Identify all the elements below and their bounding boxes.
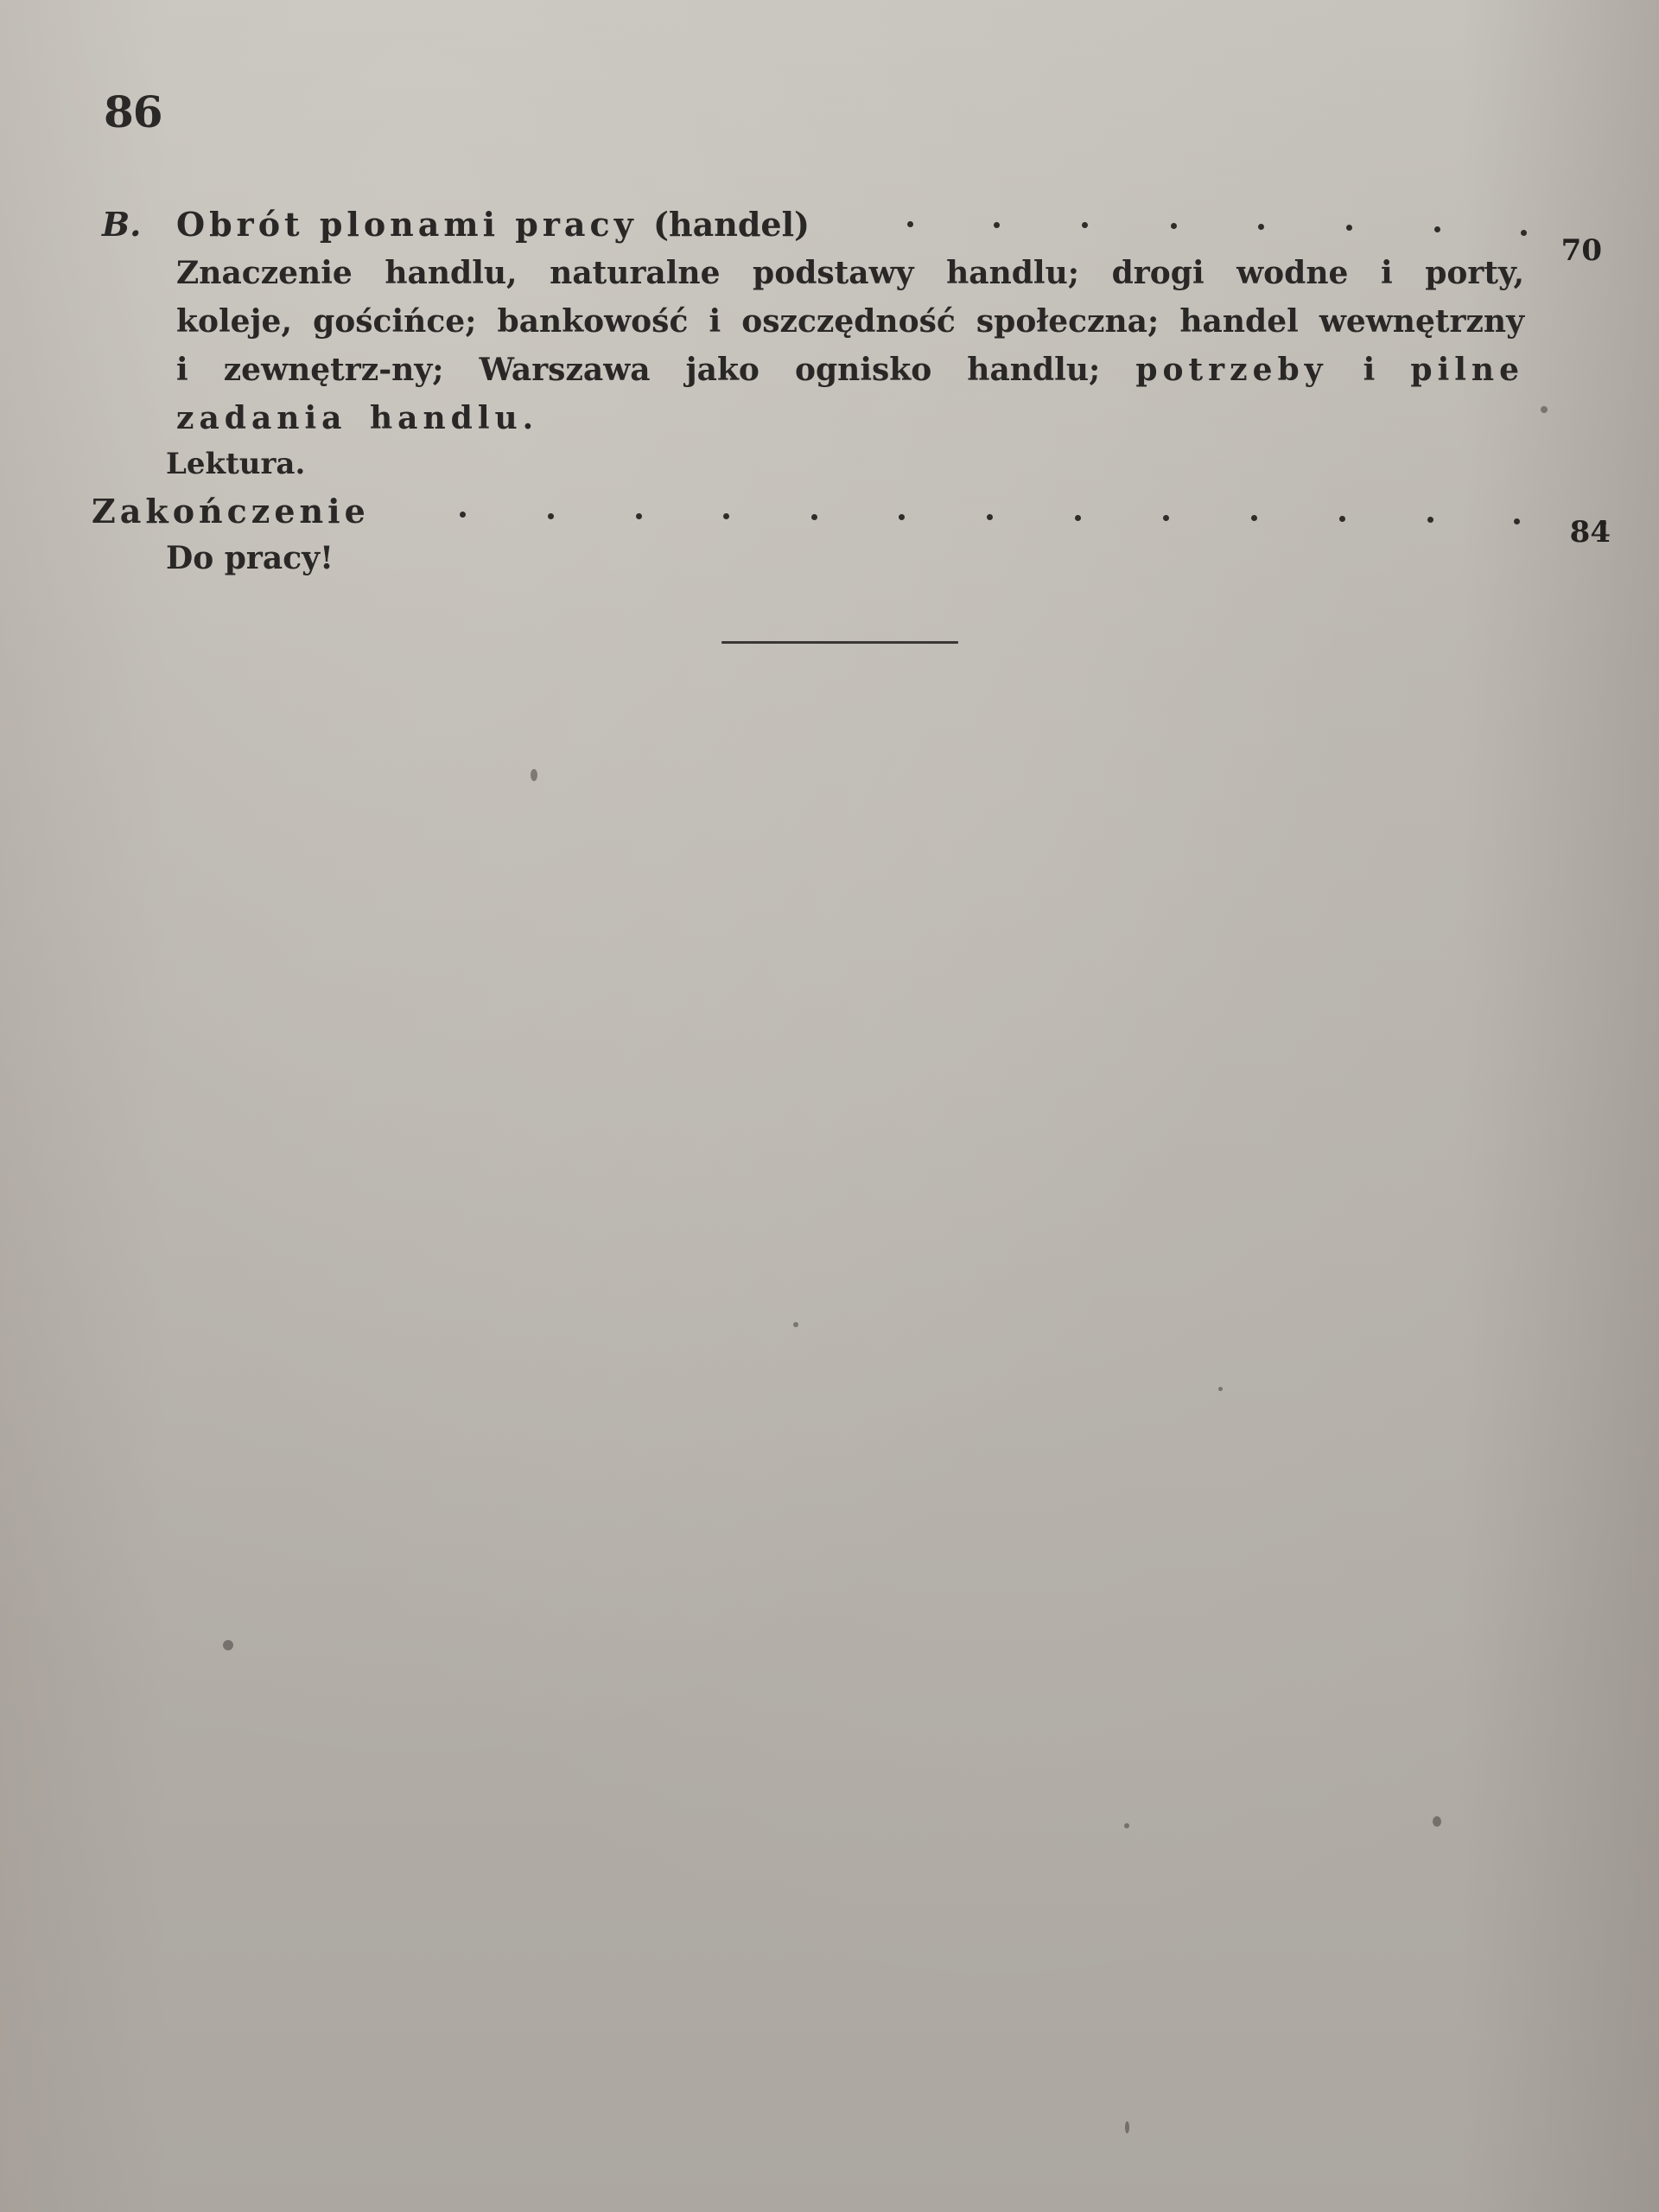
toc-entry-subtitle: Do pracy! <box>166 536 1607 581</box>
paper-speck <box>1433 1816 1441 1827</box>
paper-speck <box>1125 2121 1129 2133</box>
toc-page-ref: 70 <box>1561 226 1602 275</box>
description-emphasis-needs: potrzeby <box>1135 352 1327 388</box>
toc-page-ref: 84 <box>1570 508 1611 556</box>
paper-speck <box>531 769 537 781</box>
section-separator-rule <box>721 641 958 644</box>
paper-speck <box>223 1640 233 1650</box>
toc-entry-description: Znaczenie handlu, naturalne podstawy han… <box>176 249 1524 442</box>
table-of-contents: B. Obrót plonami pracy (handel) 70 Znacz… <box>86 200 1607 581</box>
paper-speck <box>1218 1387 1223 1391</box>
page-number: 86 <box>104 86 162 137</box>
toc-entry-conclusion-heading: Zakończenie 84 <box>86 487 1607 536</box>
toc-entry-title: Obrót plonami pracy (handel) <box>176 200 810 249</box>
paper-speck <box>793 1322 798 1327</box>
toc-entry-b-heading: B. Obrót plonami pracy (handel) 70 <box>86 200 1607 249</box>
description-text-and: i <box>1328 352 1411 388</box>
toc-entry-title: Zakończenie <box>92 487 370 536</box>
paper-speck <box>1124 1823 1129 1828</box>
book-page: 86 B. Obrót plonami pracy (handel) 70 Zn <box>0 0 1659 2212</box>
toc-entry-title-spaced: Obrót plonami pracy <box>176 205 638 244</box>
toc-entry-title-plain: (handel) <box>653 205 810 244</box>
toc-entry-letter: B. <box>102 200 141 249</box>
toc-entry-reading: Lektura. <box>166 442 1607 486</box>
paper-speck <box>1541 406 1548 413</box>
